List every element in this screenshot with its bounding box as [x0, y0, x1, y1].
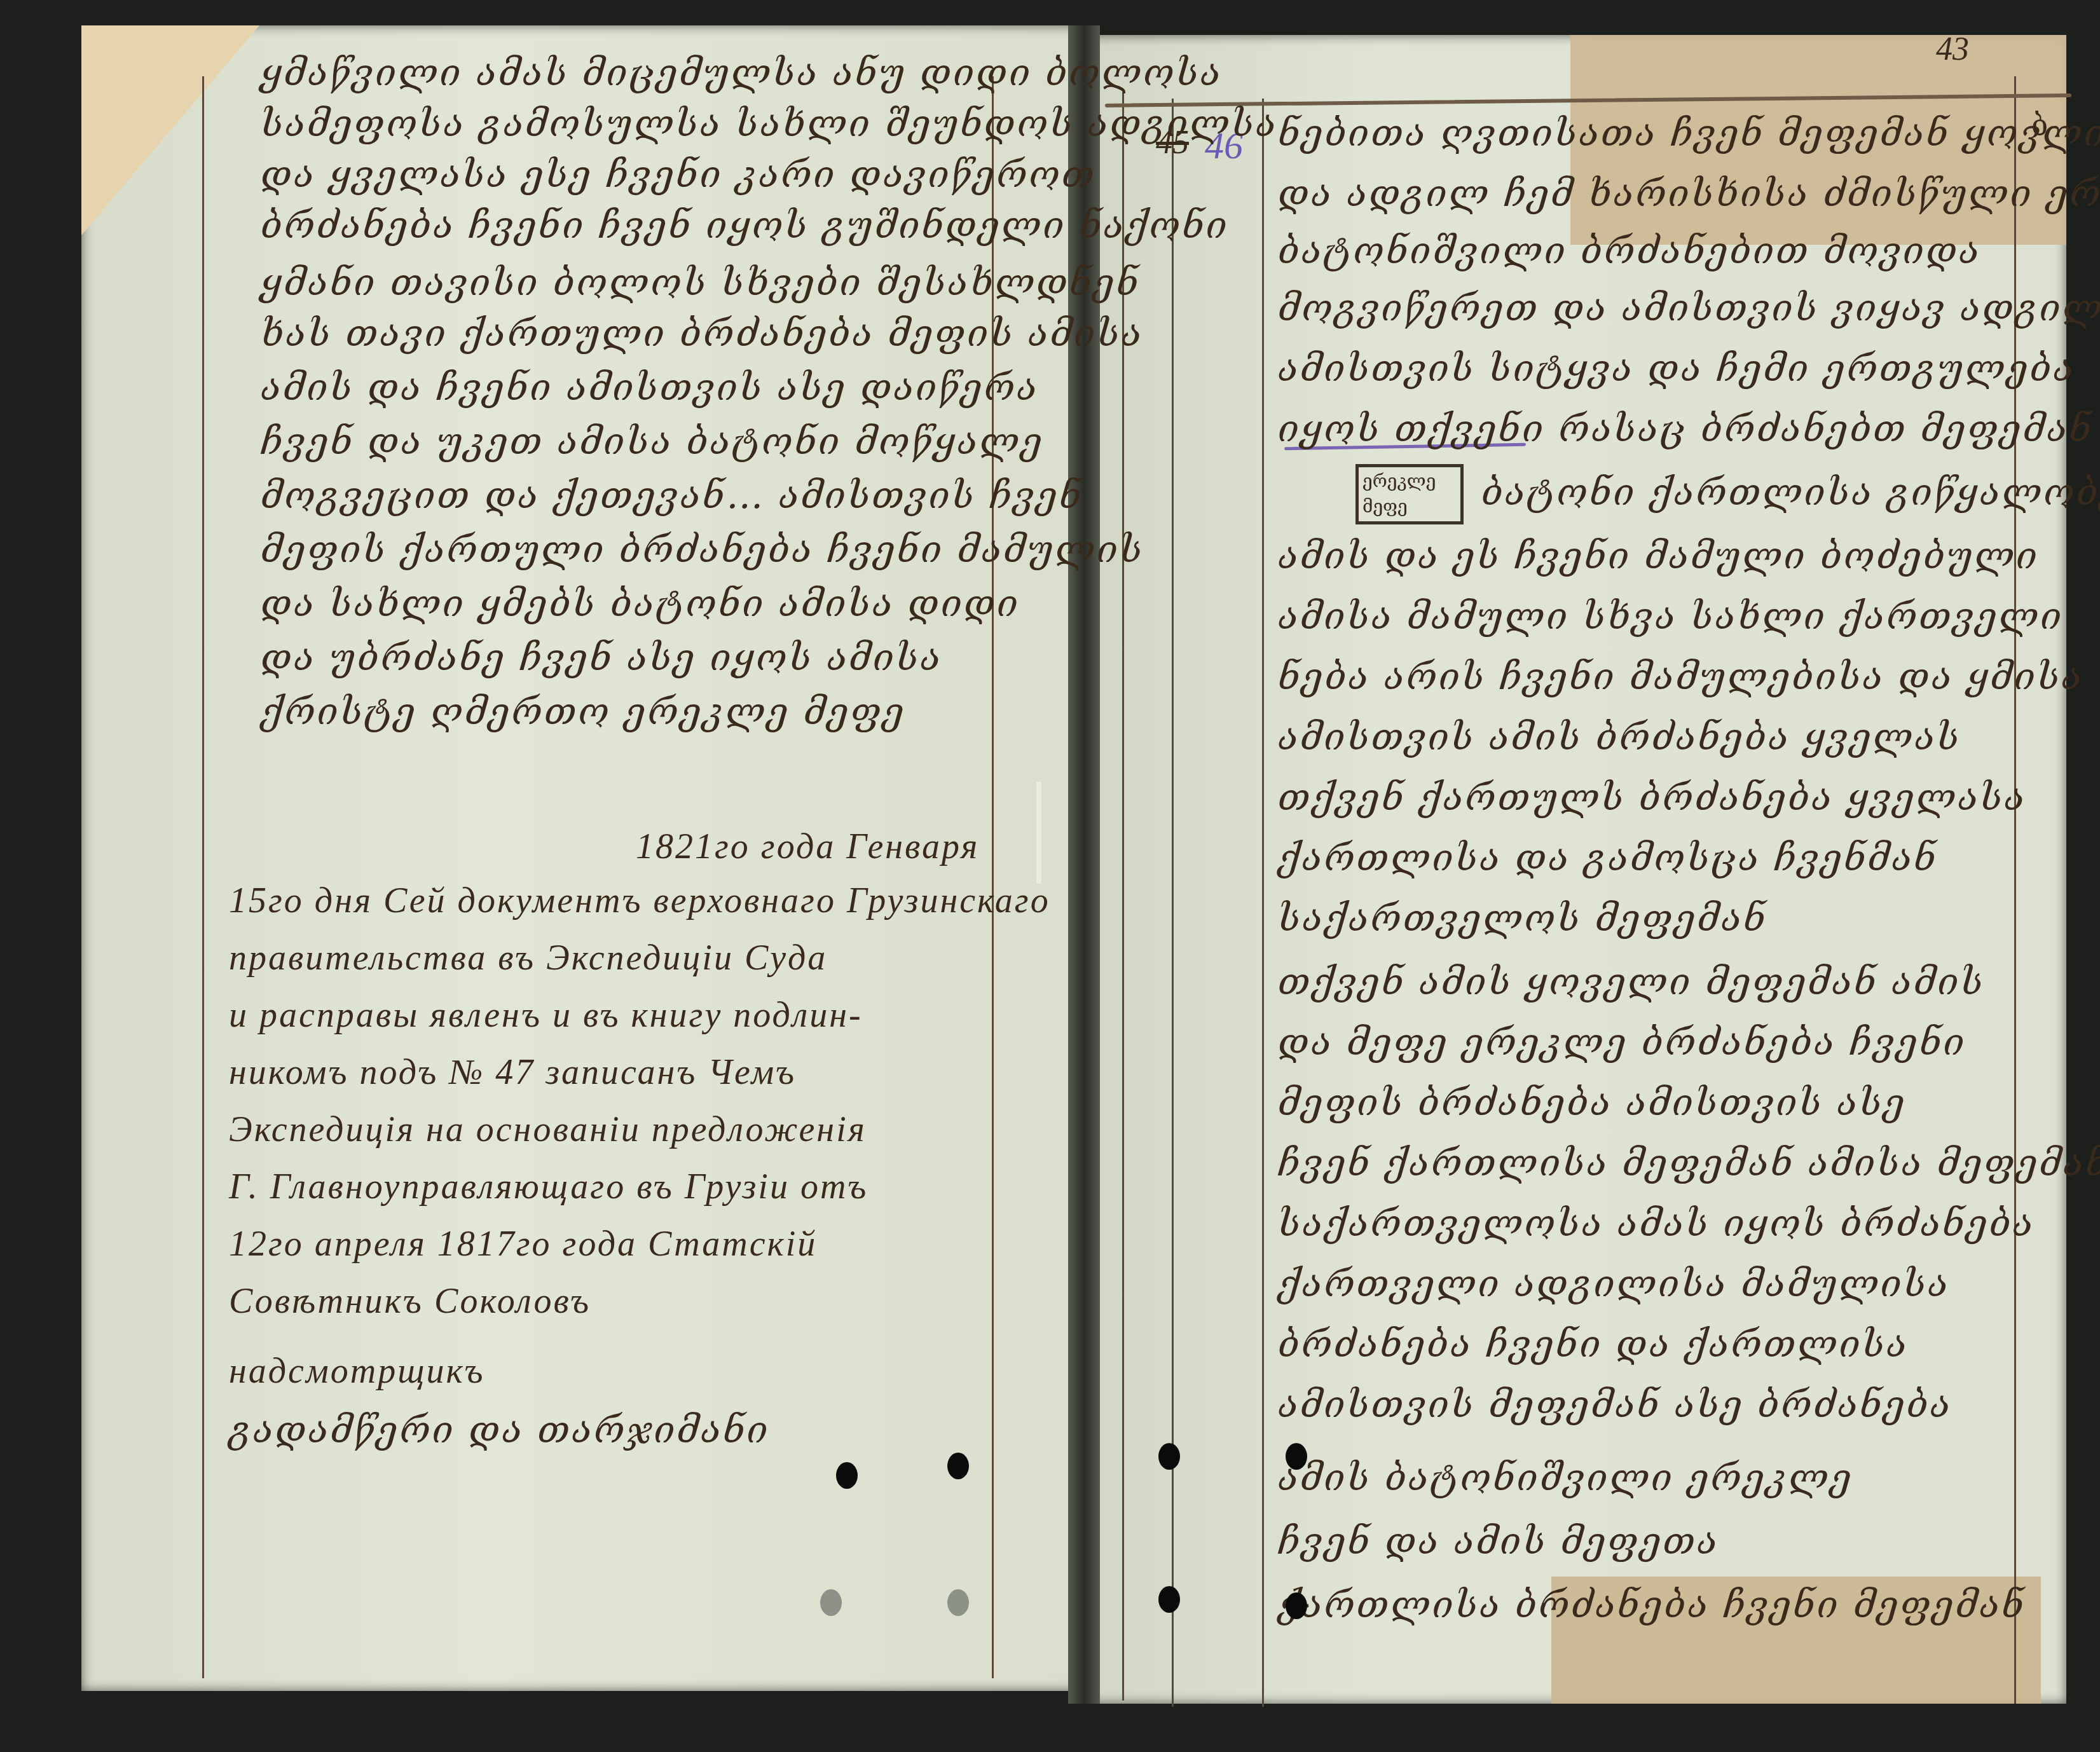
left-georgian-line: და ყველასა ესე ჩვენი კარი დავიწეროთ — [261, 153, 1095, 196]
russian-line: надсмотрщикъ — [229, 1351, 485, 1392]
right-georgian-line: ბატონიშვილი ბრძანებით მოვიდა — [1278, 229, 1981, 272]
left-georgian-line: მეფის ქართული ბრძანება ჩვენი მამულის — [261, 528, 1144, 571]
seal-stamp-box: ერეკლე მეფე — [1355, 464, 1464, 524]
left-georgian-line: და სახლი ყმებს ბატონი ამისა დიდი — [261, 582, 1020, 625]
right-georgian-line: ჩვენ და ამის მეფეთა — [1278, 1519, 1719, 1563]
left-georgian-line: ბრძანება ჩვენი ჩვენ იყოს გუშინდელი ნაქონ… — [261, 203, 1229, 247]
left-georgian-line: სამეფოსა გამოსულსა სახლი შეუნდოს ადგილსა — [261, 102, 1278, 145]
right-georgian-line: ნება არის ჩვენი მამულებისა და ყმისა — [1278, 655, 2083, 698]
folio-number: 43 — [1936, 31, 1969, 68]
right-georgian-line: საქართველოსა ამას იყოს ბრძანება — [1278, 1201, 2035, 1245]
right-col-rule-3 — [1262, 99, 1264, 1707]
russian-line: Совѣтникъ Соколовъ — [229, 1281, 591, 1322]
georgian-translator-line: გადამწერი და თარჯიმანი — [229, 1408, 770, 1451]
right-georgian-line: თქვენ ქართულს ბრძანება ყველასა — [1278, 776, 2026, 819]
russian-line: правительства въ Экспедиціи Суда — [229, 938, 827, 978]
right-georgian-line: მეფის ბრძანება ამისთვის ასე — [1278, 1081, 1907, 1124]
punch-hole — [947, 1453, 969, 1479]
russian-line: 12го апреля 1817го года Статскій — [229, 1224, 817, 1264]
left-georgian-line: ხას თავი ქართული ბრძანება მეფის ამისა — [261, 311, 1143, 355]
russian-line: и расправы явленъ и въ книгу подлин- — [229, 995, 863, 1036]
left-georgian-line: ყმაწვილი ამას მიცემულსა ანუ დიდი ბოლოსა — [261, 51, 1223, 94]
right-georgian-line: ამის და ეს ჩვენი მამული ბოძებული — [1278, 534, 2039, 577]
russian-line: Экспедиція на основаніи предложенія — [229, 1109, 867, 1150]
left-georgian-line: ყმანი თავისი ბოლოს სხვები შესახლდნენ — [261, 261, 1140, 304]
right-georgian-line: ამისა მამული სხვა სახლი ქართველი — [1278, 594, 2063, 638]
left-georgian-signature: ქრისტე ღმერთო ერეკლე მეფე — [261, 690, 906, 733]
right-georgian-line: თქვენ ამის ყოველი მეფემან ამის — [1278, 960, 1985, 1003]
left-georgian-line: და უბრძანე ჩვენ ასე იყოს ამისა — [261, 636, 942, 679]
punch-hole — [1158, 1443, 1180, 1470]
punch-hole — [836, 1462, 858, 1489]
right-georgian-line: ამისთვის ამის ბრძანება ყველას — [1278, 715, 1961, 758]
right-georgian-line: ამისთვის სიტყვა და ჩემი ერთგულება — [1278, 346, 2075, 390]
right-georgian-line: ნებითა ღვთისათა ჩვენ მეფემან ყოვლისა საქ… — [1278, 111, 2100, 154]
right-georgian-line: და ადგილ ჩემ ხარისხისა ძმისწული ერეკლე — [1278, 172, 2100, 215]
punch-hole-faint — [820, 1589, 842, 1616]
left-georgian-line: ჩვენ და უკეთ ამისა ბატონი მოწყალე — [261, 420, 1044, 463]
russian-line: 1821го года Генваря — [636, 826, 979, 867]
right-georgian-line: ამისთვის მეფემან ასე ბრძანება — [1278, 1383, 1952, 1426]
punch-hole — [1158, 1586, 1180, 1613]
right-georgian-line: ქართველი ადგილისა მამულისა — [1278, 1262, 1950, 1305]
punch-hole — [1286, 1443, 1307, 1470]
left-margin-rule — [202, 76, 204, 1678]
right-georgian-line: საქართველოს მეფემან — [1278, 896, 1767, 940]
right-georgian-line: ქართლისა ბრძანება ჩვენი მეფემან — [1278, 1583, 2026, 1626]
right-georgian-line: ამის ბატონიშვილი ერეკლე — [1278, 1456, 1853, 1499]
right-georgian-line: იყოს თქვენი რასაც ბრძანებთ მეფემან — [1278, 407, 2093, 450]
left-georgian-line: ამის და ჩვენი ამისთვის ასე დაიწერა — [261, 366, 1039, 409]
paper-fold-mark — [1036, 782, 1041, 884]
right-georgian-line: ბრძანება ჩვენი და ქართლისა — [1278, 1322, 1909, 1365]
right-georgian-line: მოგვიწერეთ და ამისთვის ვიყავ ადგილისა — [1278, 286, 2100, 329]
right-georgian-line: და მეფე ერეკლე ბრძანება ჩვენი — [1278, 1020, 1966, 1064]
stamp-line-1: ერეკლე — [1362, 469, 1457, 494]
russian-line: Г. Главноуправляющаго въ Грузіи отъ — [229, 1167, 868, 1207]
punch-hole — [1286, 1592, 1307, 1619]
right-georgian-line: ქართლისა და გამოსცა ჩვენმან — [1278, 836, 1938, 879]
punch-hole-faint — [947, 1589, 969, 1616]
right-georgian-line: ჩვენ ქართლისა მეფემან ამისა მეფემან — [1278, 1141, 2100, 1184]
russian-line: 15го дня Сей документъ верховнаго Грузин… — [229, 880, 1050, 921]
russian-line: никомъ подъ № 47 записанъ Чемъ — [229, 1052, 796, 1093]
left-georgian-line: მოგვეცით და ქეთევან… ამისთვის ჩვენ — [261, 474, 1083, 517]
stamp-line-2: მეფე — [1362, 494, 1457, 519]
right-georgian-line: ბატონი ქართლისა გიწყალობეთ — [1481, 470, 2100, 514]
